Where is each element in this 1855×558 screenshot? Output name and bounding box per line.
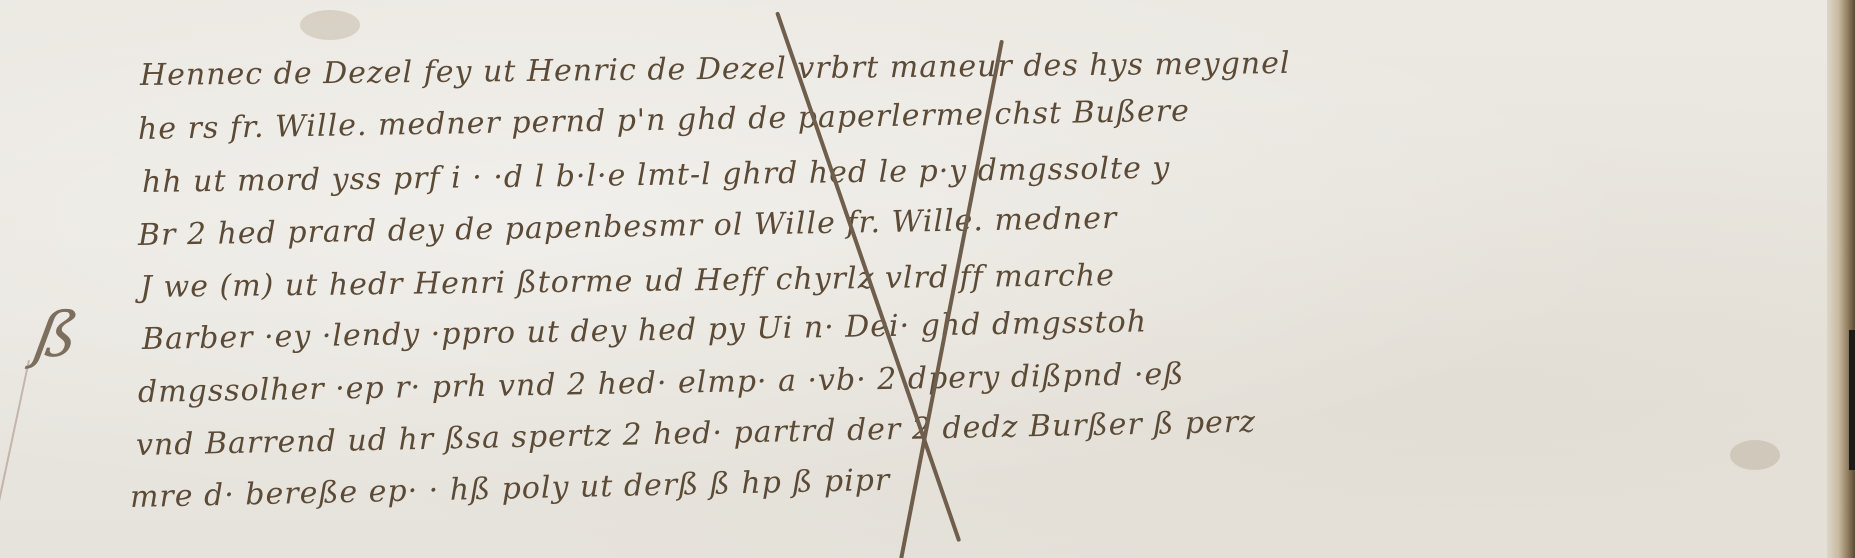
page-binding-edge [1827, 0, 1855, 558]
paper-stain [300, 10, 360, 40]
text-line-9: mre d· bereße ep· · hß poly ut derß ß hp… [130, 463, 891, 515]
text-line-8: vnd Barrend ud hr ßsa spertz 2 hed· part… [136, 405, 1257, 463]
margin-note: ß [30, 298, 84, 371]
text-line-3: hh ut mord yss prf i · ·d l b·l·e lmt-l … [142, 151, 1171, 200]
page-edge-shadow [1849, 330, 1855, 470]
text-line-5: J we (m) ut hedr Henri ßtorme ud Heff ch… [140, 258, 1115, 305]
text-line-7: dmgssolher ·ep r· prh vnd 2 hed· elmp· a… [138, 357, 1185, 410]
margin-rule [0, 360, 30, 507]
paper-stain [1730, 440, 1780, 470]
text-line-6: Barber ·ey ·lendy ·ppro ut dey hed py Ui… [142, 304, 1148, 357]
text-line-1: Hennec de Dezel fey ut Henric de Dezel v… [140, 46, 1291, 93]
manuscript-page: ß Hennec de Dezel fey ut Henric de Dezel… [0, 0, 1855, 558]
text-line-2: he rs fr. Wille. medner pernd p'n ghd de… [138, 94, 1190, 147]
